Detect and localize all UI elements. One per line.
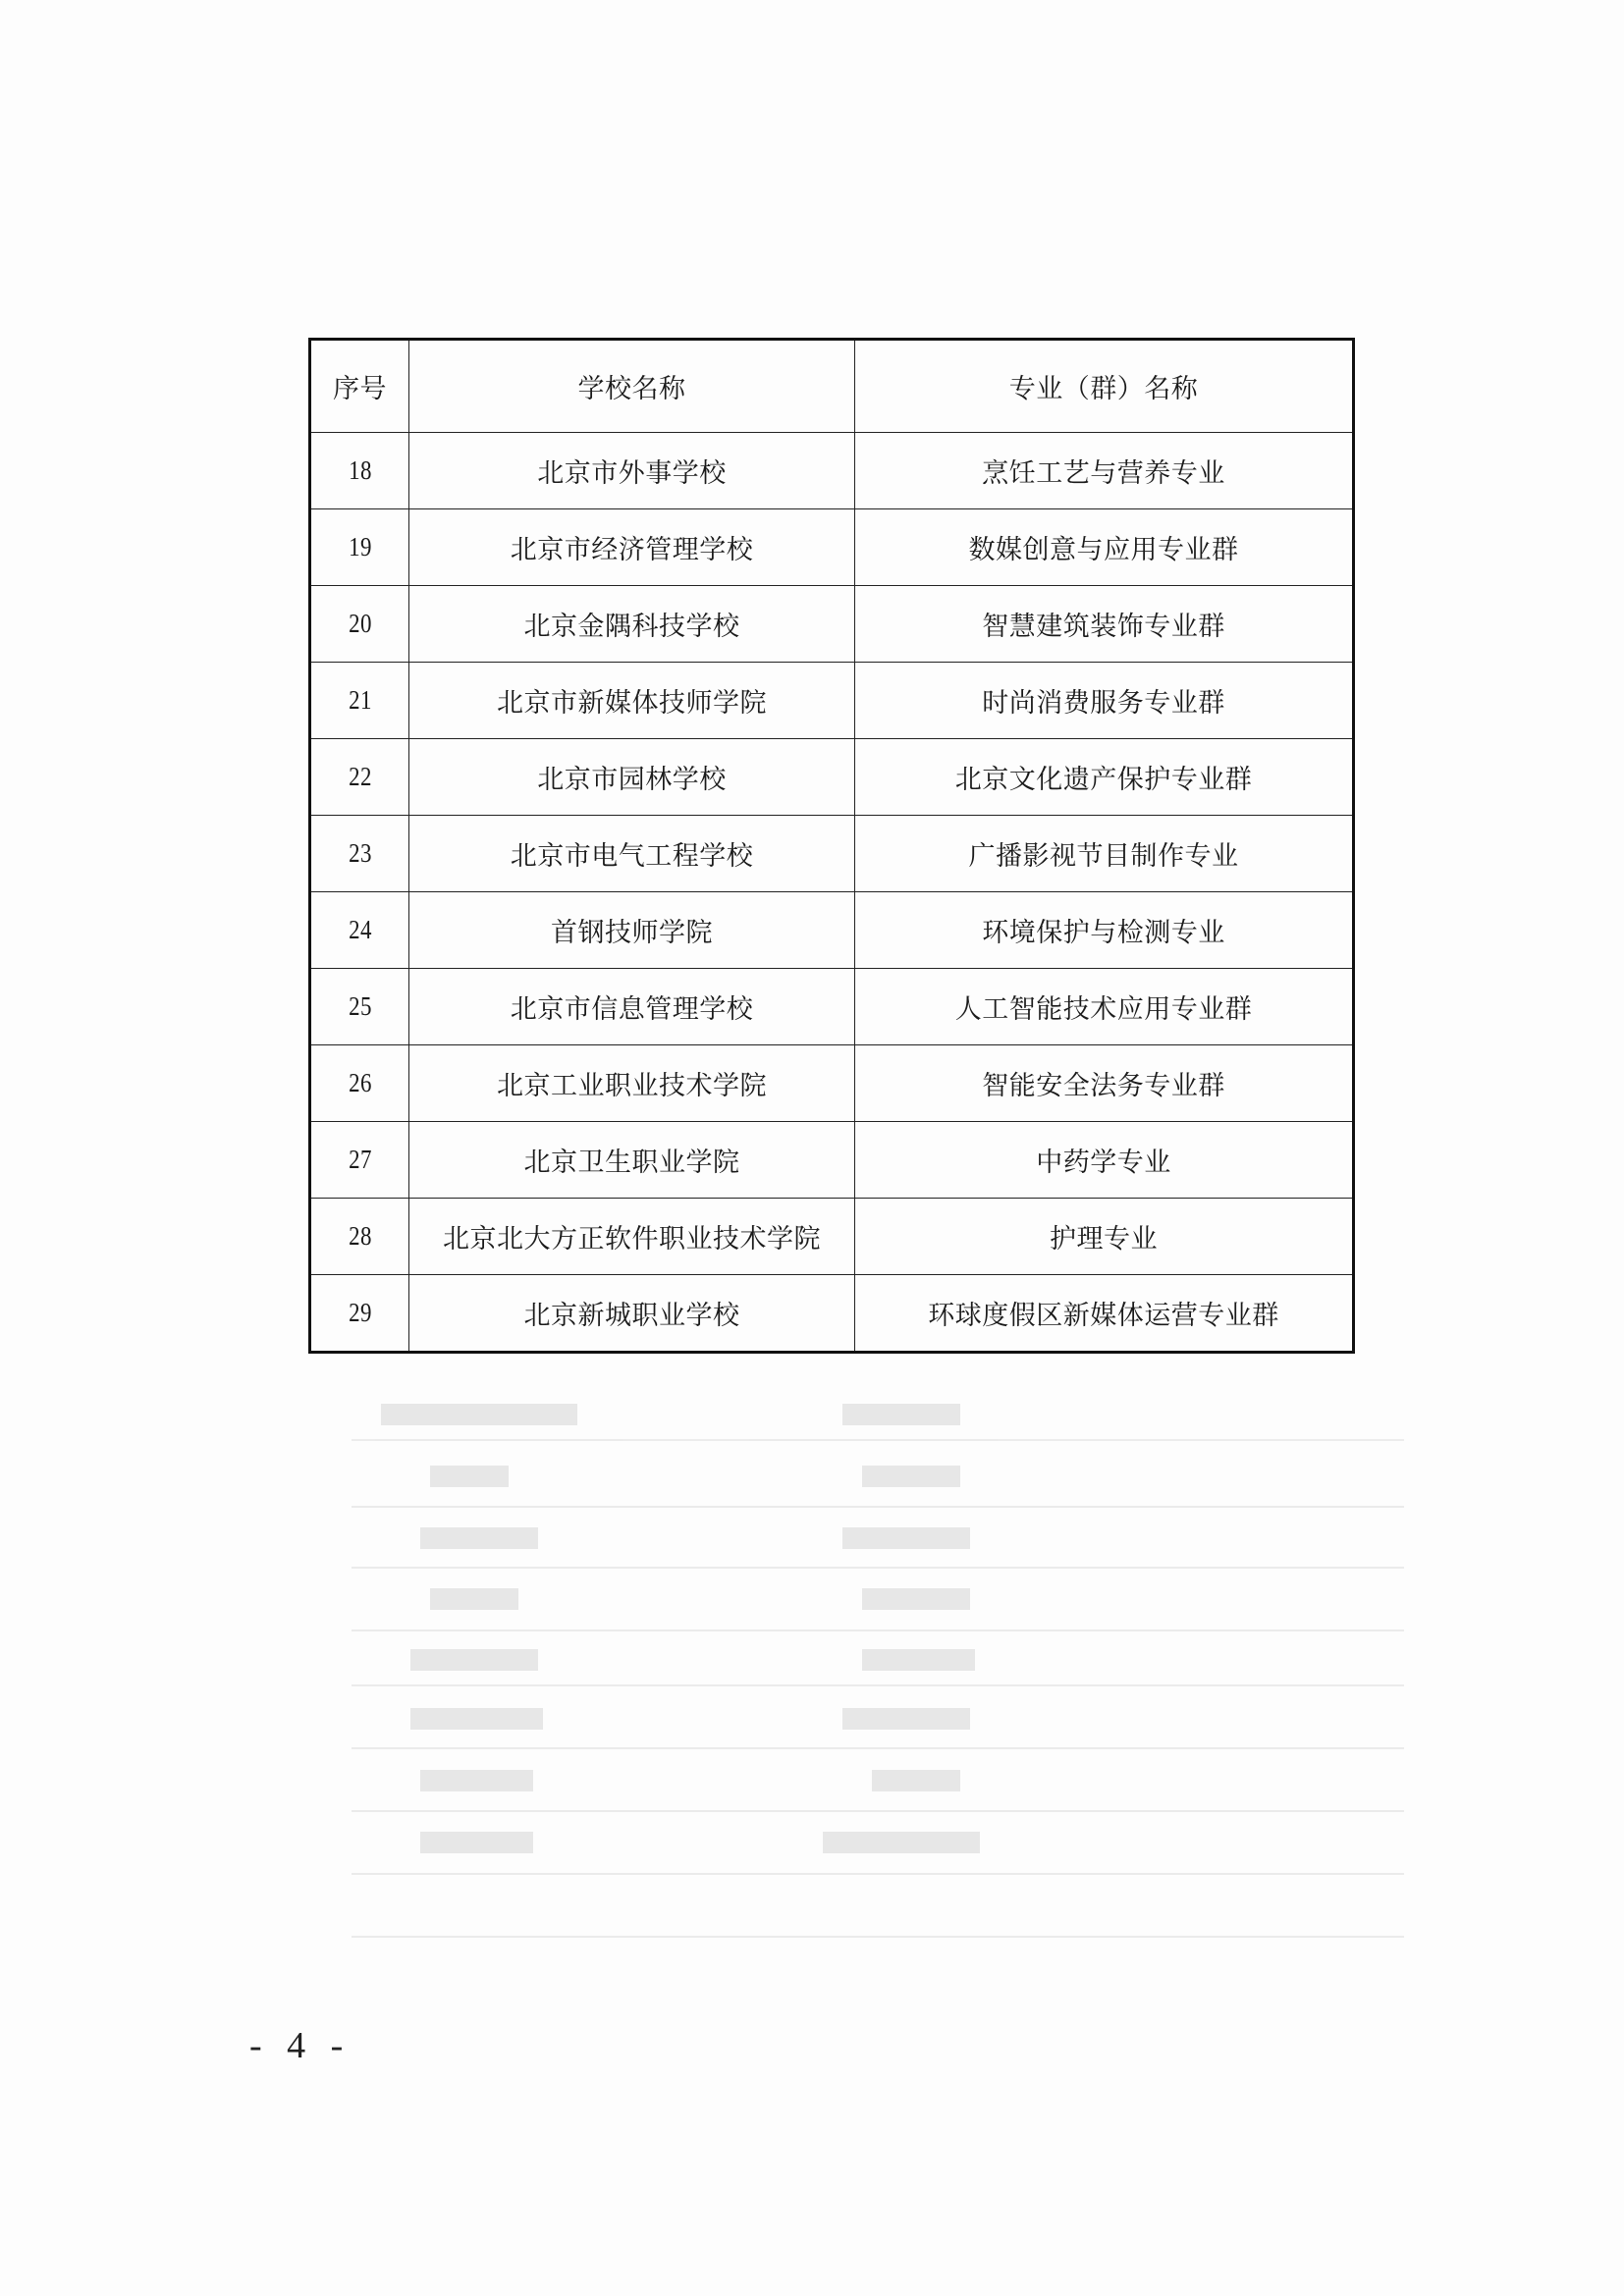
cell-major-name: 环球度假区新媒体运营专业群 xyxy=(855,1275,1354,1353)
table-row: 22 北京市园林学校 北京文化遗产保护专业群 xyxy=(310,739,1354,816)
cell-school-name: 首钢技师学院 xyxy=(409,892,855,969)
cell-serial-number: 23 xyxy=(310,816,409,892)
table-row: 25 北京市信息管理学校 人工智能技术应用专业群 xyxy=(310,969,1354,1045)
document-page: 序号 学校名称 专业（群）名称 18 北京市外事学校 烹饪工艺与营养专业 19 … xyxy=(0,0,1624,2296)
cell-major-name: 烹饪工艺与营养专业 xyxy=(855,433,1354,509)
cell-school-name: 北京市园林学校 xyxy=(409,739,855,816)
cell-school-name: 北京卫生职业学院 xyxy=(409,1122,855,1199)
table-row: 20 北京金隅科技学校 智慧建筑装饰专业群 xyxy=(310,586,1354,663)
cell-school-name: 北京金隅科技学校 xyxy=(409,586,855,663)
page-number: - 4 - xyxy=(249,2024,351,2067)
cell-school-name: 北京市信息管理学校 xyxy=(409,969,855,1045)
cell-serial-number: 24 xyxy=(310,892,409,969)
cell-serial-number: 27 xyxy=(310,1122,409,1199)
table-row: 24 首钢技师学院 环境保护与检测专业 xyxy=(310,892,1354,969)
cell-major-name: 智慧建筑装饰专业群 xyxy=(855,586,1354,663)
cell-major-name: 人工智能技术应用专业群 xyxy=(855,969,1354,1045)
table-row: 29 北京新城职业学校 环球度假区新媒体运营专业群 xyxy=(310,1275,1354,1353)
cell-serial-number: 18 xyxy=(310,433,409,509)
cell-school-name: 北京工业职业技术学院 xyxy=(409,1045,855,1122)
school-major-table: 序号 学校名称 专业（群）名称 18 北京市外事学校 烹饪工艺与营养专业 19 … xyxy=(308,338,1355,1354)
cell-school-name: 北京市电气工程学校 xyxy=(409,816,855,892)
cell-major-name: 广播影视节目制作专业 xyxy=(855,816,1354,892)
table-row: 27 北京卫生职业学院 中药学专业 xyxy=(310,1122,1354,1199)
cell-serial-number: 29 xyxy=(310,1275,409,1353)
cell-serial-number: 25 xyxy=(310,969,409,1045)
table-header-row: 序号 学校名称 专业（群）名称 xyxy=(310,340,1354,433)
table-row: 19 北京市经济管理学校 数媒创意与应用专业群 xyxy=(310,509,1354,586)
bleed-through-ghost-table xyxy=(352,1372,1404,1991)
cell-serial-number: 22 xyxy=(310,739,409,816)
cell-major-name: 北京文化遗产保护专业群 xyxy=(855,739,1354,816)
cell-major-name: 时尚消费服务专业群 xyxy=(855,663,1354,739)
cell-serial-number: 20 xyxy=(310,586,409,663)
table-row: 23 北京市电气工程学校 广播影视节目制作专业 xyxy=(310,816,1354,892)
cell-school-name: 北京新城职业学校 xyxy=(409,1275,855,1353)
table-row: 18 北京市外事学校 烹饪工艺与营养专业 xyxy=(310,433,1354,509)
cell-school-name: 北京市经济管理学校 xyxy=(409,509,855,586)
cell-major-name: 护理专业 xyxy=(855,1199,1354,1275)
cell-major-name: 智能安全法务专业群 xyxy=(855,1045,1354,1122)
cell-serial-number: 21 xyxy=(310,663,409,739)
table-row: 26 北京工业职业技术学院 智能安全法务专业群 xyxy=(310,1045,1354,1122)
header-school-name: 学校名称 xyxy=(409,340,855,433)
cell-major-name: 中药学专业 xyxy=(855,1122,1354,1199)
cell-serial-number: 26 xyxy=(310,1045,409,1122)
header-serial-number: 序号 xyxy=(310,340,409,433)
cell-major-name: 数媒创意与应用专业群 xyxy=(855,509,1354,586)
cell-school-name: 北京市外事学校 xyxy=(409,433,855,509)
cell-school-name: 北京北大方正软件职业技术学院 xyxy=(409,1199,855,1275)
cell-serial-number: 19 xyxy=(310,509,409,586)
table-row: 28 北京北大方正软件职业技术学院 护理专业 xyxy=(310,1199,1354,1275)
cell-school-name: 北京市新媒体技师学院 xyxy=(409,663,855,739)
cell-major-name: 环境保护与检测专业 xyxy=(855,892,1354,969)
table-row: 21 北京市新媒体技师学院 时尚消费服务专业群 xyxy=(310,663,1354,739)
header-major-name: 专业（群）名称 xyxy=(855,340,1354,433)
cell-serial-number: 28 xyxy=(310,1199,409,1275)
